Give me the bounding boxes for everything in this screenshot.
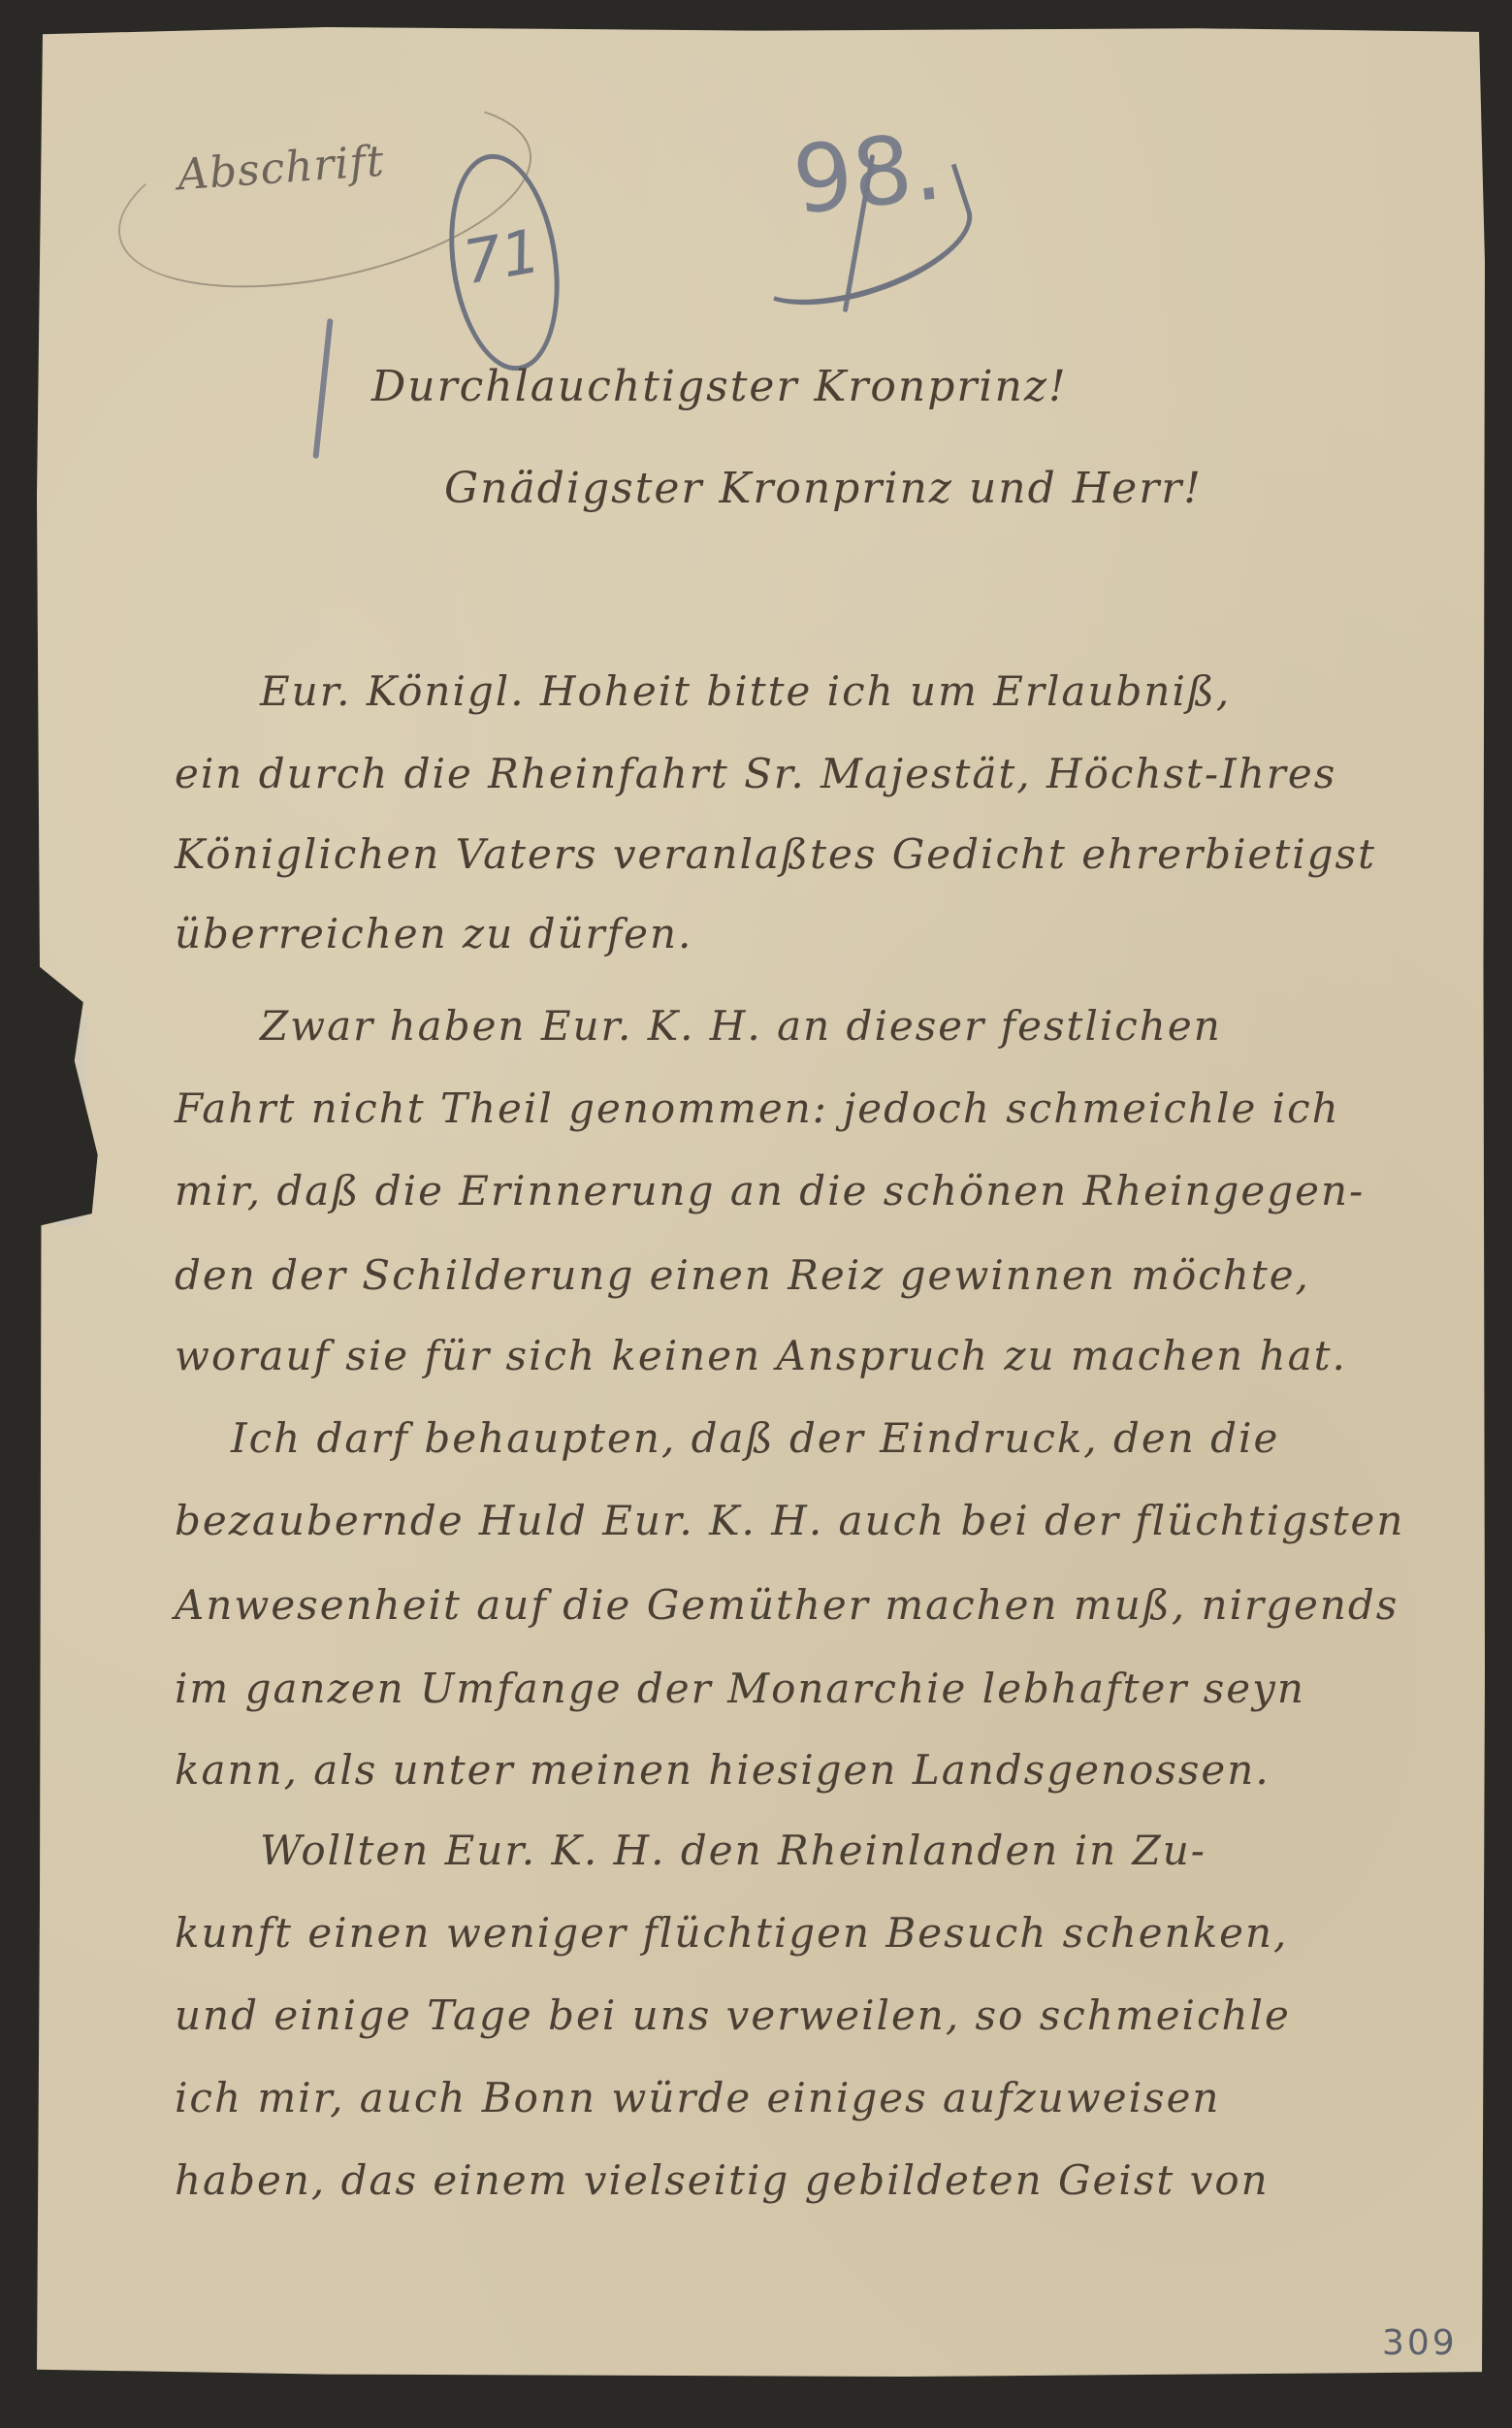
body-line: Anwesenheit auf die Gemüther machen muß,…: [175, 1581, 1399, 1629]
salutation-line-1: Durchlauchtigster Kronprinz!: [371, 362, 1068, 411]
body-line: kunft einen weniger flüchtigen Besuch sc…: [175, 1909, 1288, 1957]
body-line: Eur. Königl. Hoheit bitte ich um Erlaubn…: [260, 667, 1231, 715]
body-line: ein durch die Rheinfahrt Sr. Majestät, H…: [175, 750, 1336, 797]
body-line: Ich darf behaupten, daß der Eindruck, de…: [231, 1414, 1279, 1462]
body-line: Zwar haben Eur. K. H. an dieser festlich…: [260, 1002, 1222, 1050]
body-line: bezaubernde Huld Eur. K. H. auch bei der…: [175, 1497, 1404, 1544]
body-line: kann, als unter meinen hiesigen Landsgen…: [175, 1746, 1271, 1794]
body-line: Wollten Eur. K. H. den Rheinlanden in Zu…: [260, 1827, 1206, 1874]
margin-pencil-mark: [312, 318, 333, 459]
body-line: mir, daß die Erinnerung an die schönen R…: [175, 1167, 1365, 1214]
salutation-line-2: Gnädigster Kronprinz und Herr!: [444, 464, 1203, 513]
torn-edge-strip: [58, 1017, 87, 1225]
body-line: worauf sie für sich keinen Anspruch zu m…: [175, 1332, 1347, 1379]
body-line: den der Schilderung einen Reiz gewinnen …: [175, 1251, 1310, 1299]
body-line: haben, das einem vielseitig gebildeten G…: [175, 2156, 1270, 2204]
body-line: Königlichen Vaters veranlaßtes Gedicht e…: [175, 830, 1376, 878]
letter-page: Abschrift 71 98. Durchlauchtigster Kronp…: [37, 27, 1485, 2377]
body-line: im ganzen Umfange der Monarchie lebhafte…: [175, 1665, 1305, 1712]
folio-number: 309: [1382, 2323, 1458, 2363]
body-line: überreichen zu dürfen.: [175, 910, 692, 957]
body-line: und einige Tage bei uns verweilen, so sc…: [175, 1991, 1291, 2039]
body-line: ich mir, auch Bonn würde einiges aufzuwe…: [175, 2074, 1221, 2121]
circled-number: 71: [458, 215, 545, 299]
body-line: Fahrt nicht Theil genommen: jedoch schme…: [175, 1085, 1340, 1132]
